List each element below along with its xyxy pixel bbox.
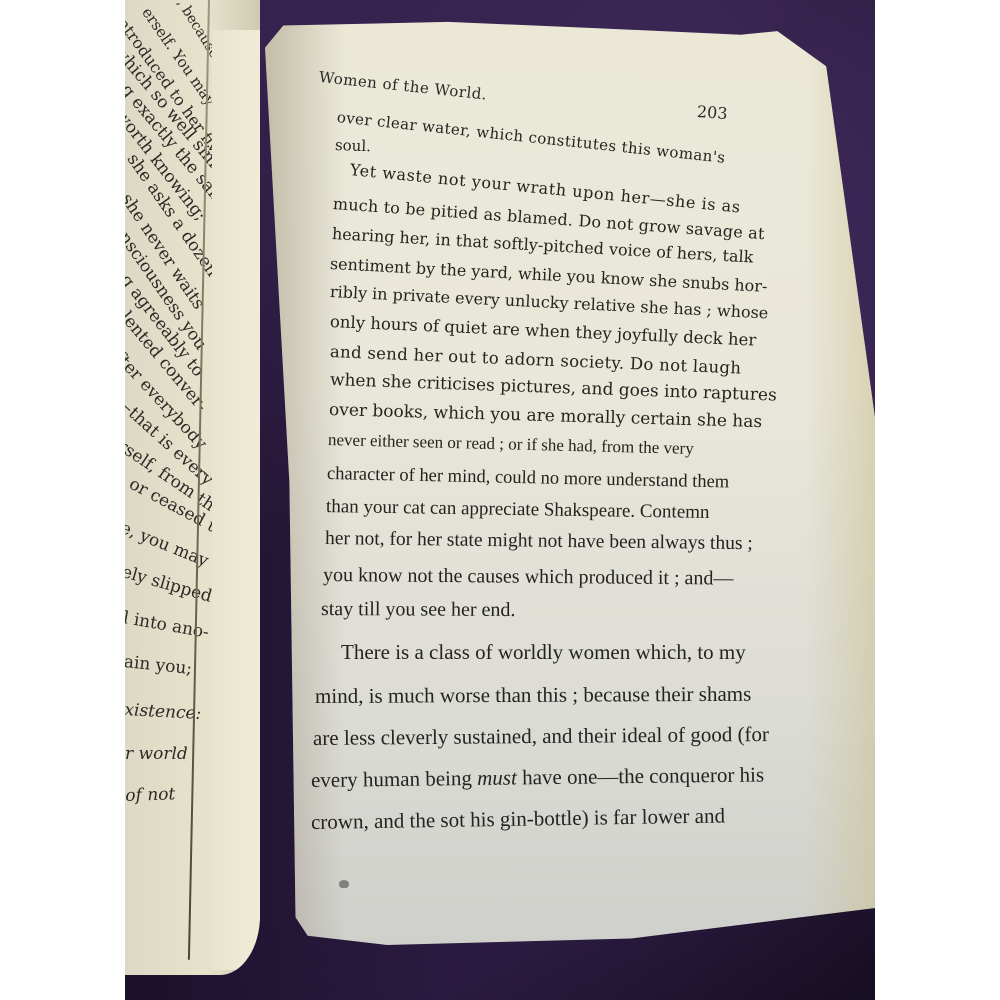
text-line-end: have one—the conqueror his (517, 762, 765, 789)
text-line: stay till you see her end. (321, 598, 516, 622)
text-line: character of her mind, could no more und… (327, 464, 730, 493)
text-line: than your cat can appreciate Shakspeare.… (326, 496, 710, 524)
text-line: soul. (335, 136, 372, 155)
page-number: 203 (696, 102, 728, 123)
text-line: never either seen or read ; or if she ha… (328, 430, 694, 459)
text-line: are less cleverly sustained, and their i… (313, 722, 769, 751)
running-header: Women of the World. (318, 68, 488, 104)
text-line: over books, which you are morally certai… (329, 400, 763, 432)
text-line: her not, for her state might not have be… (325, 528, 753, 555)
right-page-text: Women of the World. 203 over clear water… (125, 0, 875, 1000)
italic-word: must (477, 765, 517, 789)
text-line: you know not the causes which produced i… (323, 564, 734, 591)
text-line: every human being must have one—the conq… (311, 762, 764, 793)
text-line: mind, is much worse than this ; because … (315, 682, 751, 709)
text-line-start: every human being (311, 766, 477, 792)
text-line: crown, and the sot his gin-bottle) is fa… (311, 803, 725, 835)
text-line: over clear water, which constitutes this… (336, 108, 726, 167)
text-line: There is a class of worldly women which,… (341, 640, 746, 665)
ink-spot (339, 880, 349, 888)
book-photo: , because her erself. You may ntroduced … (125, 0, 875, 1000)
